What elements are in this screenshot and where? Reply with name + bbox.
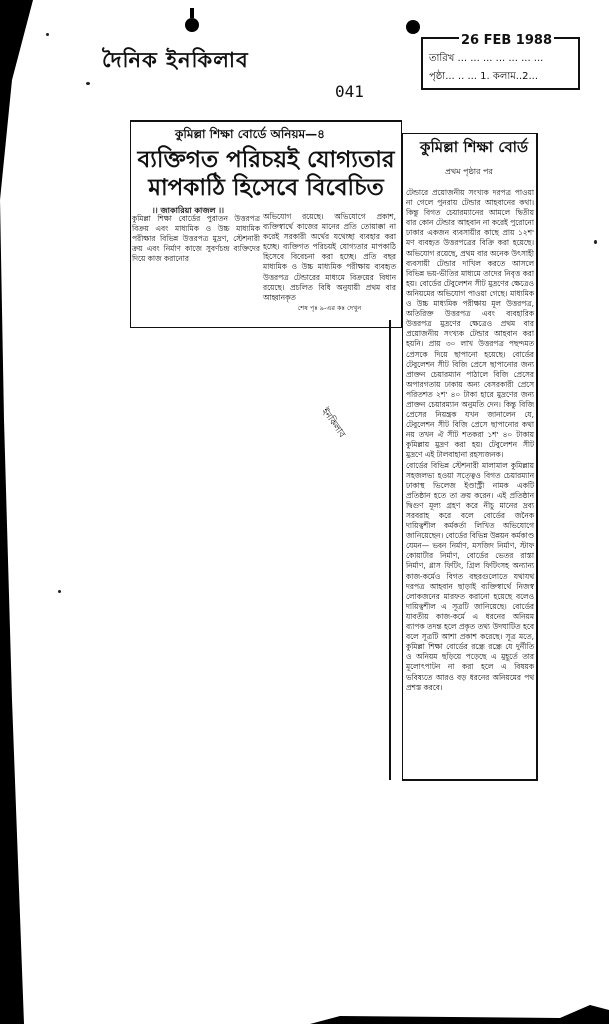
- pin-mark: [190, 8, 194, 18]
- continued-note: শেষ পৃঃ ৯-এর কঃ দেখুন: [263, 303, 396, 313]
- continuation-kicker: কুমিল্লা শিক্ষা বোর্ড: [420, 136, 528, 161]
- date-stamp-box: 26 FEB 1988 তারিখ ... ... ... ... ... ..…: [421, 37, 580, 90]
- continuation-subkicker: প্রথম পৃষ্ঠার পর: [445, 166, 493, 179]
- paragraph: টেন্ডারে প্রয়োজনীয় সংখ্যক দরপত্র পাওয়…: [406, 188, 534, 461]
- article-column-2: অভিযোগ রয়েছে। অভিযোগে প্রকাশ, ব্যক্তিস্…: [263, 212, 396, 313]
- paragraph: বোর্ডের বিভিন্ন স্টেশনারী মালামাল কুমিল্…: [406, 461, 534, 693]
- article-column-3: টেন্ডারে প্রয়োজনীয় সংখ্যক দরপত্র পাওয়…: [406, 188, 534, 693]
- article-headline: ব্যক্তিগত পরিচয়ই যোগ্যতার মাপকাঠি হিসেব…: [136, 146, 396, 202]
- article-column-1: কুমিল্লা শিক্ষা বোর্ডের পুরাতন উত্তরপত্র…: [132, 214, 260, 264]
- punch-hole: [406, 20, 420, 34]
- article-kicker: কুমিল্লা শিক্ষা বোর্ডে অনিয়ম—৪: [175, 126, 325, 146]
- newspaper-clipping-page: দৈনিক ইনকিলাব 26 FEB 1988 তারিখ ... ... …: [0, 0, 609, 1024]
- column-divider: [389, 320, 391, 780]
- scan-speck: [594, 240, 597, 244]
- stamp-date: 26 FEB 1988: [459, 33, 554, 48]
- stamp-date-label: তারিখ ... ... ... ... ... ... ...: [429, 51, 543, 68]
- handwritten-note: ইনকিলাব: [318, 405, 349, 441]
- archive-number: 041: [335, 82, 364, 101]
- scan-speck: [58, 590, 61, 593]
- scan-speck: [46, 33, 49, 36]
- stamp-page-column: পৃষ্ঠা... .. ... 1. কলাম..2...: [429, 69, 538, 86]
- paragraph: কুমিল্লা শিক্ষা বোর্ডের পুরাতন উত্তরপত্র…: [132, 214, 260, 264]
- scan-speck: [86, 82, 90, 85]
- newspaper-masthead: দৈনিক ইনকিলাব: [102, 44, 249, 79]
- punch-hole: [185, 18, 199, 32]
- paragraph: অভিযোগ রয়েছে। অভিযোগে প্রকাশ, ব্যক্তিস্…: [263, 212, 396, 303]
